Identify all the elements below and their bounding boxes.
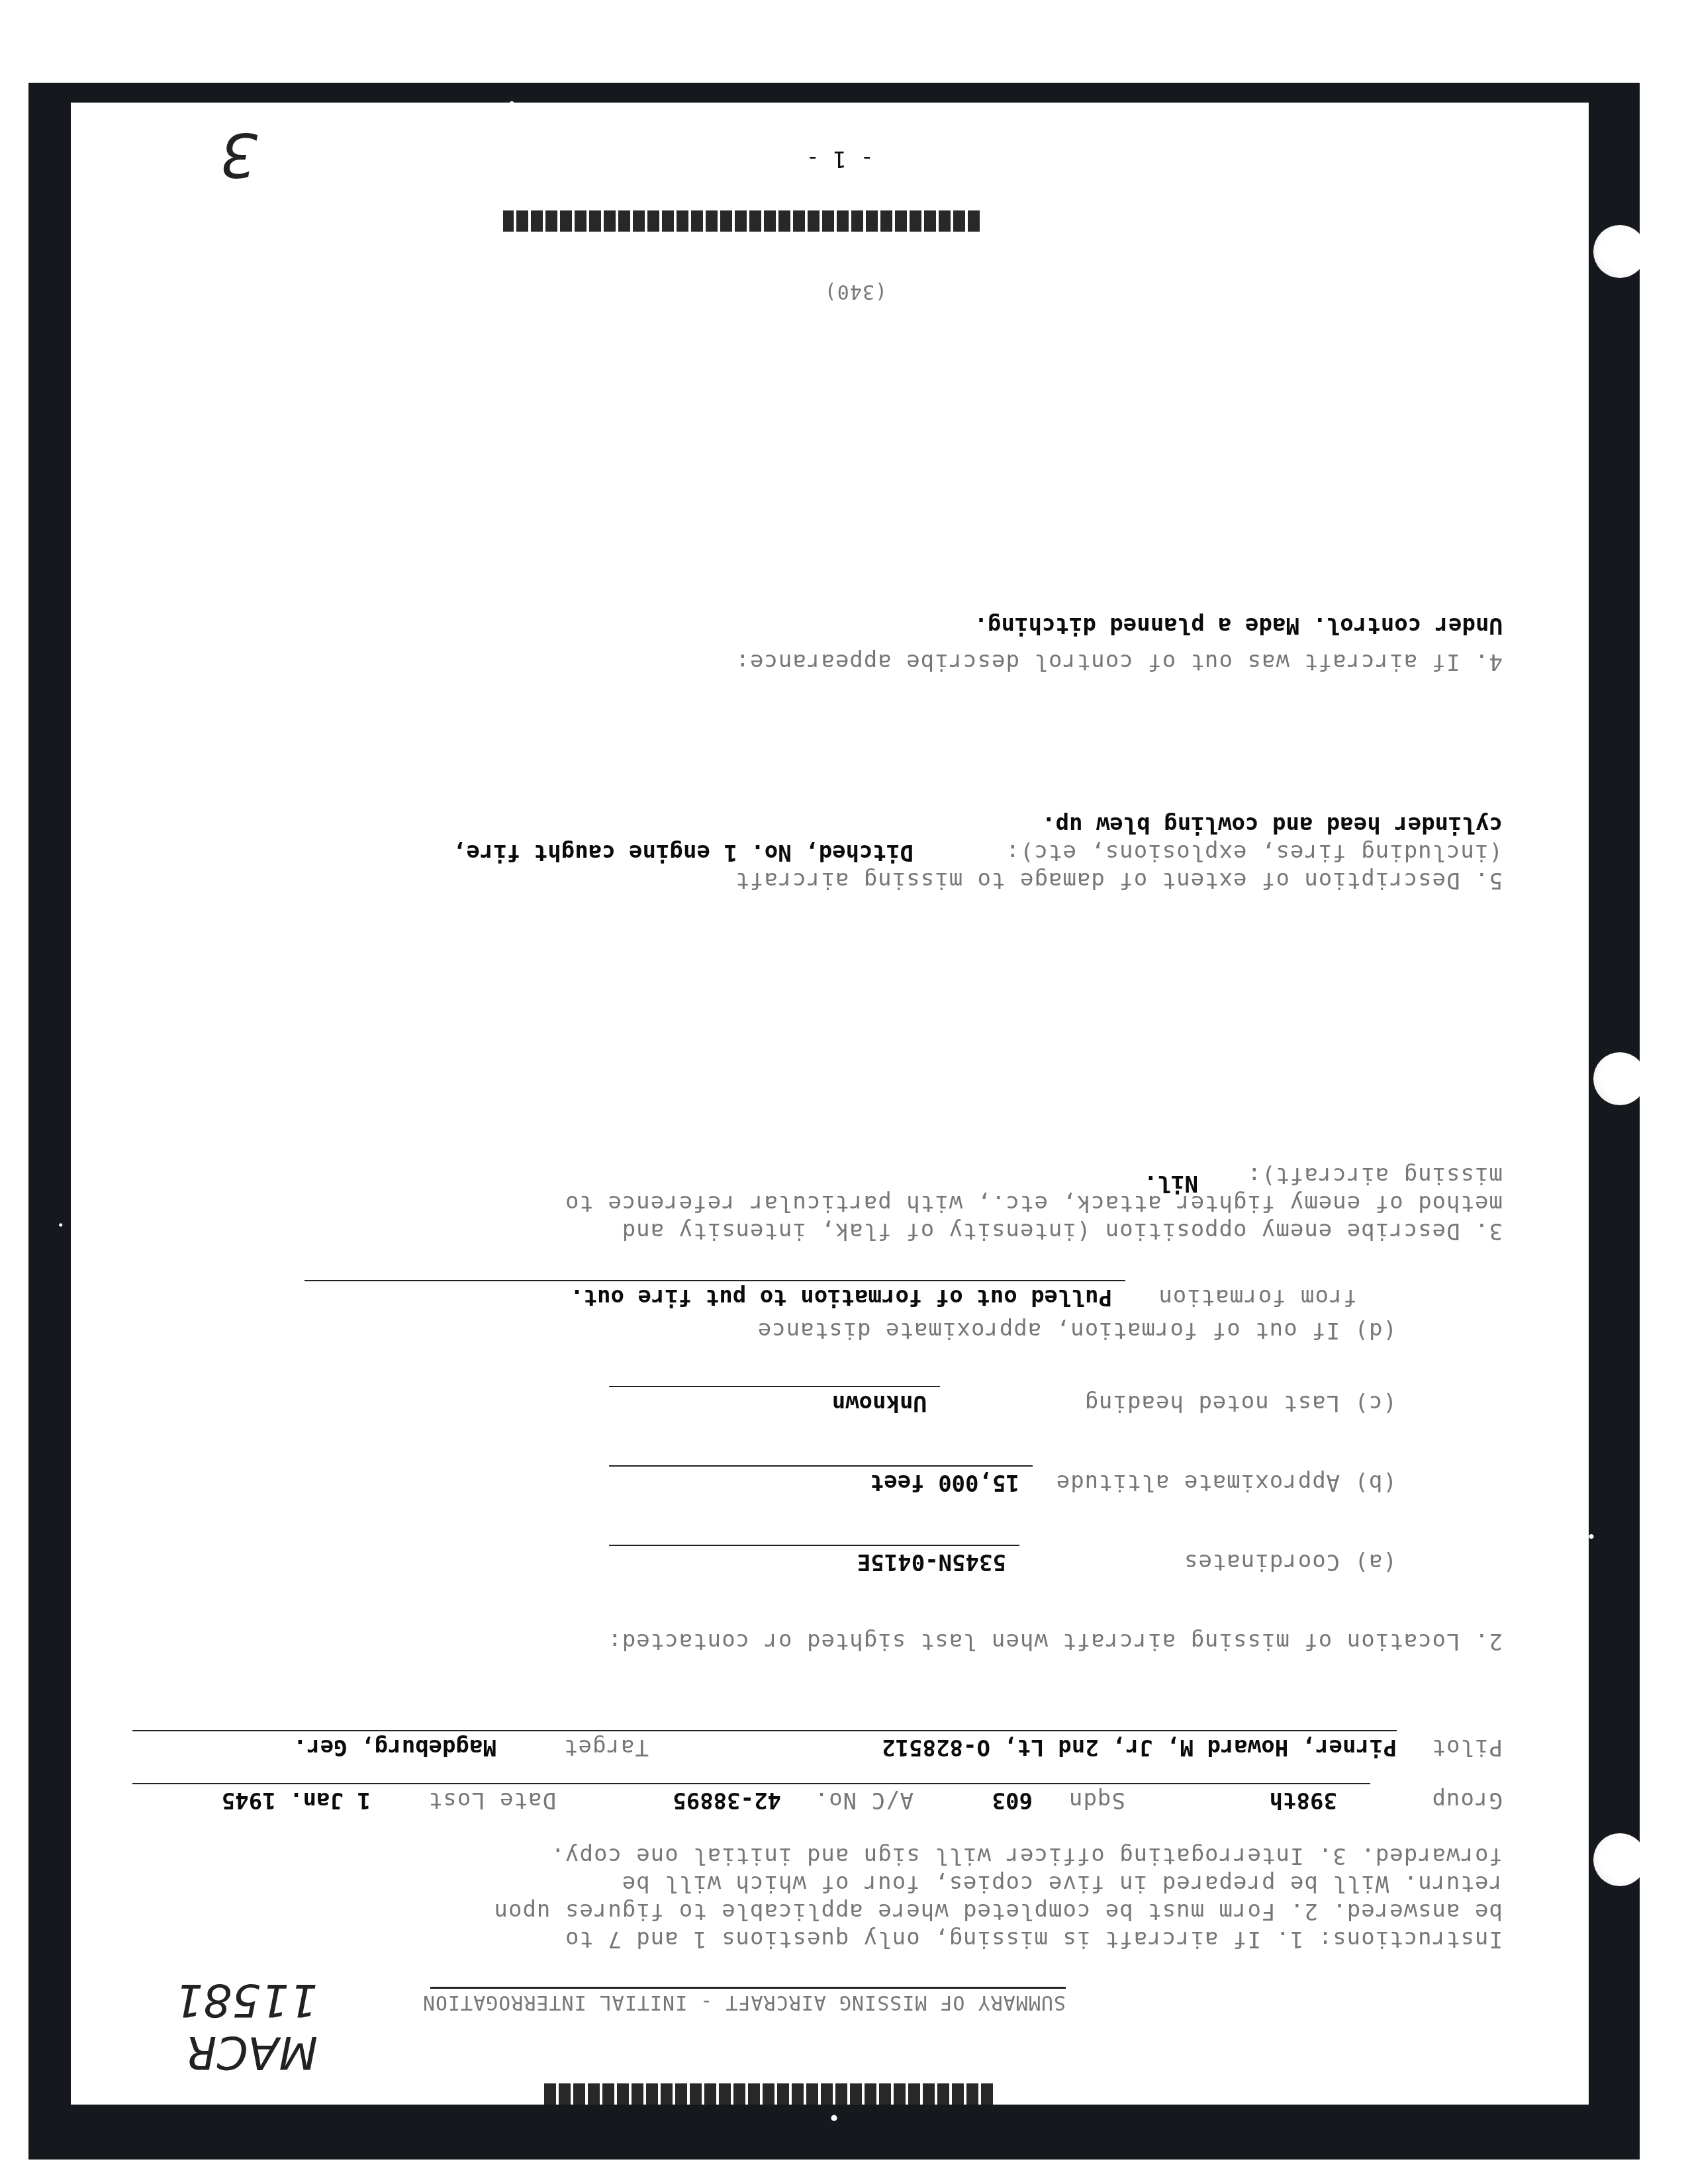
item3-answer: Nil. xyxy=(1144,1170,1198,1197)
form-heading: SUMMARY OF MISSING AIRCRAFT - INITIAL IN… xyxy=(422,1989,1066,2015)
pilot-value: Pirner, Howard M, Jr, 2nd Lt, O-828512 xyxy=(882,1734,1397,1760)
aircraft-label: A/C No. xyxy=(814,1787,914,1813)
coordinates-rule xyxy=(609,1545,1019,1546)
distance-label-2: from formation xyxy=(1158,1284,1357,1310)
item5-answer-1: Ditched, No. 1 engine caught fire, xyxy=(453,839,914,866)
instructions-line-3: return. Will be prepared in five copies,… xyxy=(622,1870,1503,1897)
page-number: - 1 - xyxy=(806,146,874,172)
handwritten-macr-number: MACR 11581 xyxy=(71,1974,318,2078)
target-value: Magdeburg, Ger. xyxy=(293,1734,496,1760)
altitude-value: 15,000 feet xyxy=(870,1469,1019,1496)
item3-question-2: method of enemy fighter attack, etc., wi… xyxy=(565,1190,1503,1216)
item1-line-b-rule xyxy=(132,1730,1397,1731)
squadron-label: Sqdn xyxy=(1068,1787,1125,1813)
distance-rule xyxy=(305,1280,1125,1281)
instructions-line-4: forwarded. 3. Interrogating officer will… xyxy=(551,1843,1503,1869)
distance-label-1: (d) If out of formation, approximate dis… xyxy=(757,1317,1397,1343)
punch-hole-top xyxy=(1593,225,1646,278)
document-sheet: 3 MACR 11581 SUMMARY OF MISSING AIRCRAFT… xyxy=(71,103,1589,2105)
instructions-line-2: be answered. 2. Form must be completed w… xyxy=(494,1898,1503,1925)
item5-question-1: 5. Description of extent of damage to mi… xyxy=(735,867,1503,893)
item5-question-2: (including fires, explosions, etc): xyxy=(1006,839,1503,866)
item5-answer-2: cylinder head and cowling blew up. xyxy=(1042,811,1503,838)
target-label: Target xyxy=(563,1734,649,1760)
item4-answer: Under control. Made a planned ditching. xyxy=(974,612,1503,639)
item2-question: 2. Location of missing aircraft when las… xyxy=(607,1628,1503,1655)
punch-hole-middle xyxy=(1593,1052,1646,1105)
coordinates-label: (a) Coordinates xyxy=(1184,1549,1397,1575)
altitude-rule xyxy=(609,1465,1033,1467)
heading-rule xyxy=(430,1987,1066,1989)
heading-label: (c) Last noted heading xyxy=(1084,1390,1397,1416)
instructions-line-1: Instructions: 1. If aircraft is missing,… xyxy=(565,1926,1503,1952)
rotated-page: MACR 11581 SUMMARY OF MISSING AIRCRAFT -… xyxy=(71,103,1589,2105)
item4-question: 4. If aircraft was out of control descri… xyxy=(735,649,1503,675)
altitude-label: (b) Approximate altitude xyxy=(1056,1469,1397,1496)
pilot-label: Pilot xyxy=(1432,1734,1503,1760)
aircraft-serial-value: 42-38895 xyxy=(673,1787,781,1813)
item3-question-1: 3. Describe enemy opposition (intensity … xyxy=(622,1218,1503,1244)
group-label: Group xyxy=(1432,1787,1503,1813)
heading-rule-line xyxy=(609,1386,940,1387)
distance-value: Pulled out of formation to put fire out. xyxy=(570,1284,1112,1310)
coordinates-value: 5345N-0415E xyxy=(857,1549,1006,1575)
date-label: Date Lost xyxy=(428,1787,556,1813)
group-value: 398th xyxy=(1270,1787,1337,1813)
heading-value: Unknown xyxy=(832,1390,927,1416)
squadron-value: 603 xyxy=(992,1787,1033,1813)
form-number: (340) xyxy=(824,278,887,304)
item1-line-a-rule xyxy=(132,1783,1370,1784)
classification-stamp-top xyxy=(503,210,980,232)
classification-stamp-bottom xyxy=(543,2083,993,2105)
punch-hole-bottom xyxy=(1593,1833,1646,1886)
date-value: 1 Jan. 1945 xyxy=(222,1787,371,1813)
item3-question-3: missing aircraft): xyxy=(1247,1162,1503,1189)
